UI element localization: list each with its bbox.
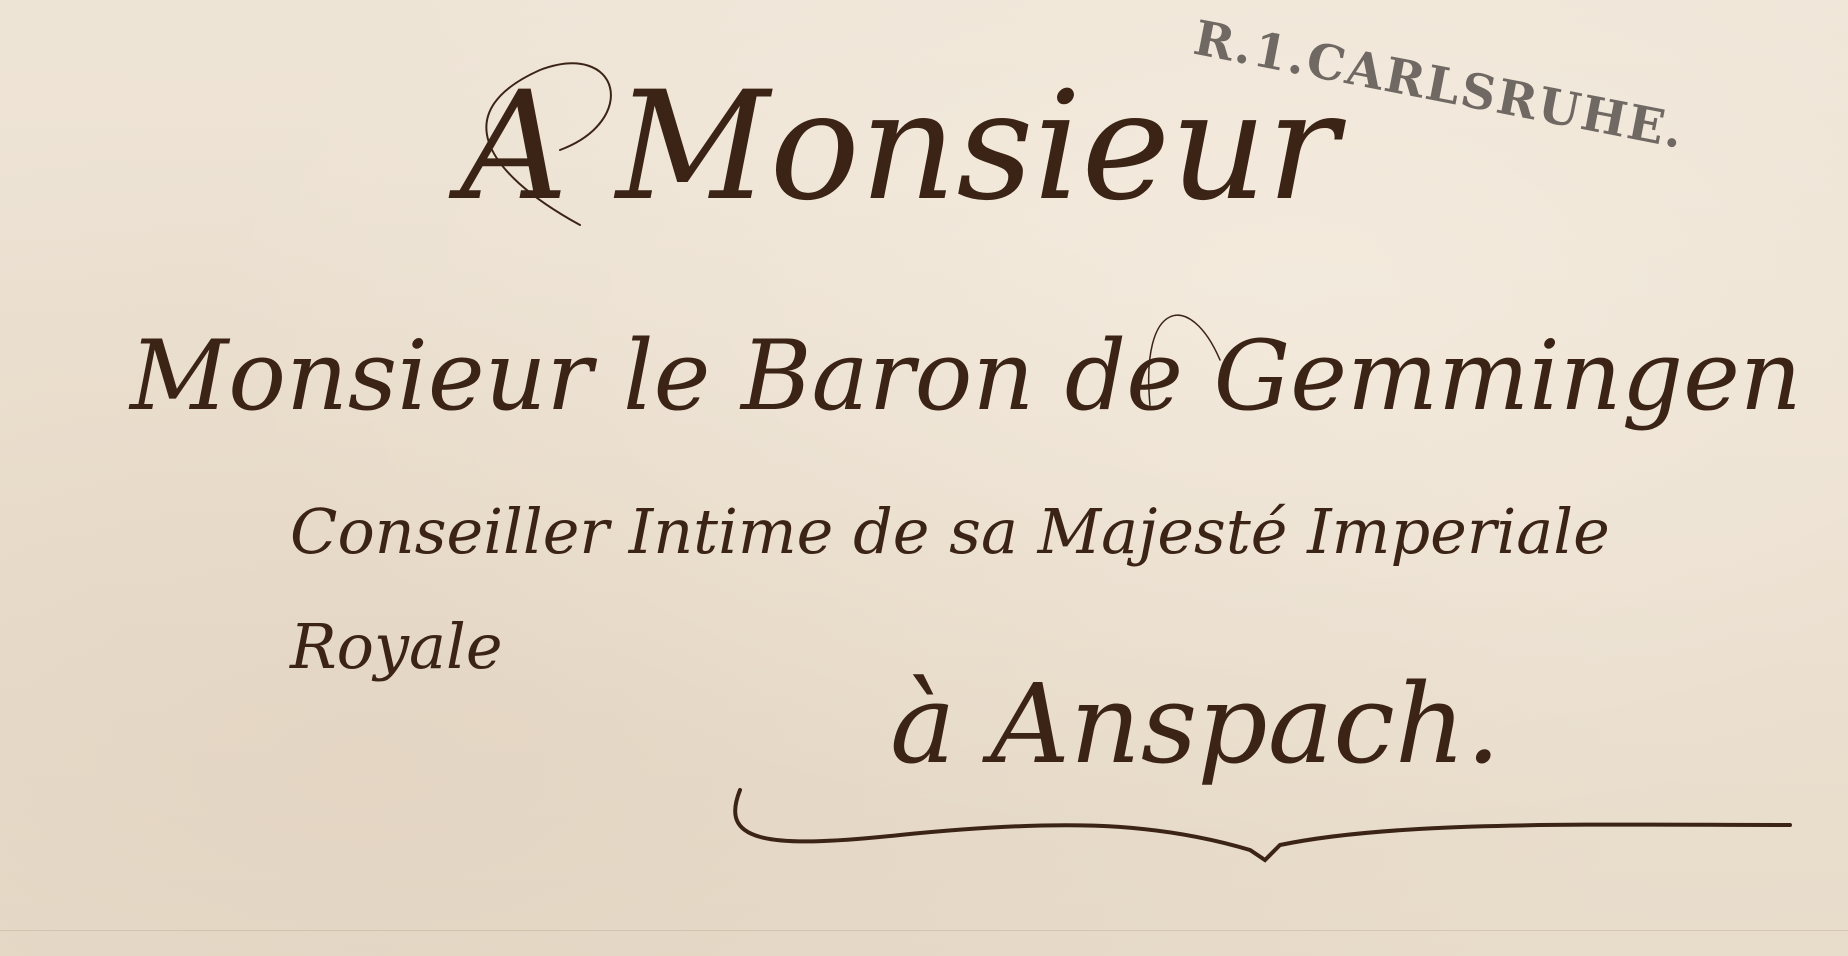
address-line-recipient: Monsieur le Baron de Gemmingen xyxy=(130,320,1802,432)
address-line-royale: Royale xyxy=(290,610,503,683)
address-line-a-monsieur: A Monsieur xyxy=(460,60,1339,234)
address-line-title: Conseiller Intime de sa Majesté Imperial… xyxy=(290,495,1610,568)
address-line-destination: à Anspach. xyxy=(890,660,1501,788)
